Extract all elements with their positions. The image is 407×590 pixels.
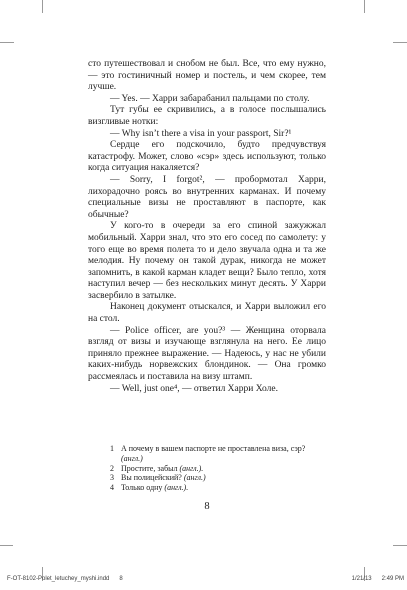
footnote-number: 4 [110, 483, 121, 493]
body-paragraph: — Sorry, I forgot², — пробормотал Харри,… [88, 175, 326, 221]
footnote-language-note: (англ.). [164, 483, 188, 492]
slug-filename-text: F-OT-8102-Polet_letuchey_myshi.indd [7, 576, 109, 582]
footnote-language-note: (англ.) [121, 454, 143, 463]
slug-filename: F-OT-8102-Polet_letuchey_myshi.indd8 [7, 575, 123, 583]
page-number: 8 [88, 501, 326, 512]
footnote-text: Вы полицейский? [121, 473, 182, 482]
crop-mark-top-left-vertical [42, 0, 43, 13]
footnote-text: Только одну [121, 483, 162, 492]
body-paragraph: — Well, just one⁴, — ответил Харри Холе. [88, 384, 326, 396]
slug-date: 1/21/13 [352, 576, 372, 582]
crop-mark-top-right-vertical [364, 0, 365, 13]
body-paragraph: — Yes. — Харри забарабанил пальцами по с… [88, 94, 326, 106]
footnote-number: 3 [110, 473, 121, 483]
footnote-number: 2 [110, 464, 121, 474]
crop-mark-top-right-horizontal [393, 42, 407, 43]
footnote-language-note: (англ.) [184, 473, 206, 482]
crop-mark-bottom-left-horizontal [0, 545, 13, 546]
body-paragraph: — Police officer, are you?³ — Женщина от… [88, 326, 326, 384]
footnote: 4Только одну (англ.). [110, 483, 318, 493]
body-paragraph: сто путешествовал и снобом не был. Все, … [88, 59, 326, 94]
body-paragraph: Тут губы ее скривились, а в голосе послы… [88, 105, 326, 128]
footnote-text: Простите, забыл [121, 464, 178, 473]
footnote: 2Простите, забыл (англ.). [110, 464, 318, 474]
footnote-language-note: (англ.). [180, 464, 204, 473]
footnote-text: А почему в вашем паспорте не проставлена… [121, 444, 305, 453]
footnote-number: 1 [110, 444, 121, 454]
slug-time: 2:49 PM [382, 576, 404, 582]
body-paragraph: Наконец документ отыскался, и Харри выло… [88, 302, 326, 325]
body-paragraph: — Why isn’t there a visa in your passpor… [88, 129, 326, 141]
footnotes-block: 1А почему в вашем паспорте не проставлен… [110, 444, 318, 493]
book-proof-page: сто путешествовал и снобом не был. Все, … [0, 0, 407, 590]
crop-mark-top-left-horizontal [0, 42, 14, 43]
body-paragraph: У кого-то в очереди за его спиной зажужж… [88, 221, 326, 302]
crop-mark-bottom-right-horizontal [393, 545, 407, 546]
body-text-column: сто путешествовал и снобом не был. Все, … [88, 59, 326, 395]
body-paragraph: Сердце его подскочило, будто предчувству… [88, 140, 326, 175]
slug-timestamp: 1/21/132:49 PM [352, 575, 404, 583]
footnote: 3Вы полицейский? (англ.) [110, 473, 318, 483]
footnote: 1А почему в вашем паспорте не проставлен… [110, 444, 318, 464]
slug-page-ref: 8 [119, 576, 122, 582]
